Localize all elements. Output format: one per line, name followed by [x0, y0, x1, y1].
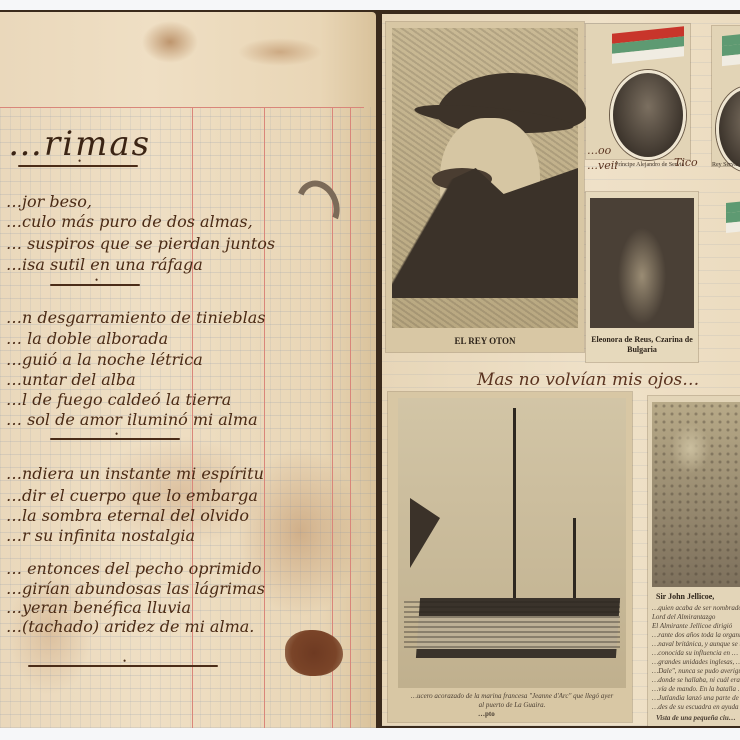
flourish-divider — [50, 438, 180, 440]
poem-line: … suspiros que se pierdan juntos — [6, 234, 275, 253]
portrait-illustration — [392, 28, 578, 328]
poem-line: …girían abundosas las lágrimas — [6, 579, 265, 598]
flourish-divider — [50, 284, 140, 286]
left-page-manuscript: …rimas …jor beso, …culo más puro de dos … — [0, 12, 376, 728]
poem-line: …r su infinita nostalgia — [6, 526, 195, 545]
poem-line: …yeran benéfica lluvia — [6, 598, 191, 617]
poem-line: …la sombra eternal del olvido — [6, 506, 249, 525]
ship-illustration — [398, 398, 626, 688]
sea — [404, 598, 620, 648]
poem-line: … sol de amor iluminó mi alma — [6, 410, 258, 429]
poem-line: …untar del alba — [6, 370, 136, 389]
clipping-czarina-eleonora: Eleonora de Reus, Czarina de Bulgaria — [586, 192, 698, 362]
clipping-caption: Rey Servia — [712, 162, 739, 168]
ledger-red-column — [350, 107, 351, 728]
flag-icon — [612, 26, 684, 64]
coat-drawing — [392, 168, 578, 298]
clipping-caption: Eleonora de Reus, Czarina de Bulgaria — [586, 335, 698, 355]
portrait-photo — [590, 198, 694, 328]
portrait-oval — [610, 70, 686, 160]
ledger-red-rule — [0, 107, 364, 108]
ink-stain — [285, 630, 343, 676]
portrait-oval — [716, 86, 740, 172]
poem-line: …(tachado) aridez de mi alma. — [6, 617, 254, 636]
poem-line: …n desgarramiento de tinieblas — [6, 308, 265, 327]
clipping-ship-jeanne-darc: …ucero acorazado de la marina francesa "… — [388, 392, 632, 722]
ledger-red-column — [264, 107, 265, 728]
flourish-divider — [18, 165, 138, 167]
poem-line: … entonces del pecho oprimido — [6, 559, 261, 578]
handwritten-fragment: Tico — [674, 156, 698, 169]
poem-line: …guió a la noche létrica — [6, 350, 203, 369]
ship-flag — [410, 498, 440, 568]
poem-line: …isa sutil en una ráfaga — [6, 255, 203, 274]
open-scrapbook: …rimas …jor beso, …culo más puro de dos … — [0, 10, 740, 728]
poem-line: …jor beso, — [6, 192, 92, 211]
poem-line: … la doble alborada — [6, 329, 168, 348]
poem-line: …ndiera un instante mi espíritu — [6, 464, 264, 483]
clipping-king-oton: EL REY OTON — [386, 22, 584, 352]
clipping-john-jellicoe: Sir John Jellicoe, …quien acaba de ser n… — [648, 396, 740, 726]
portrait-photo — [652, 402, 740, 587]
flourish-divider — [28, 665, 218, 667]
poem-line: …dir el cuerpo que lo embarga — [6, 486, 258, 505]
right-page-scrapbook: EL REY OTON Príncipe Alejandro de Servia… — [382, 14, 740, 726]
handwritten-fragment: …oo — [587, 144, 611, 157]
clipping-article-text: …quien acaba de ser nombrado Lord del Al… — [652, 604, 740, 712]
clipping-prince-alexander — [586, 24, 690, 159]
clipping-caption: EL REY OTON — [386, 336, 584, 346]
handwritten-fragment: …veii — [587, 159, 618, 172]
flag-icon — [722, 32, 740, 66]
handwritten-line: Mas no volvían mis ojos… — [477, 370, 699, 390]
poem-line: …culo más puro de dos almas, — [6, 212, 253, 231]
clipping-caption: …ucero acorazado de la marina francesa "… — [398, 692, 626, 710]
clipping-king-serbia — [712, 26, 740, 166]
flag-icon — [726, 201, 740, 233]
poem-line: …l de fuego caldeó la tierra — [6, 390, 231, 409]
clipping-caption: Sir John Jellicoe, — [656, 592, 740, 601]
